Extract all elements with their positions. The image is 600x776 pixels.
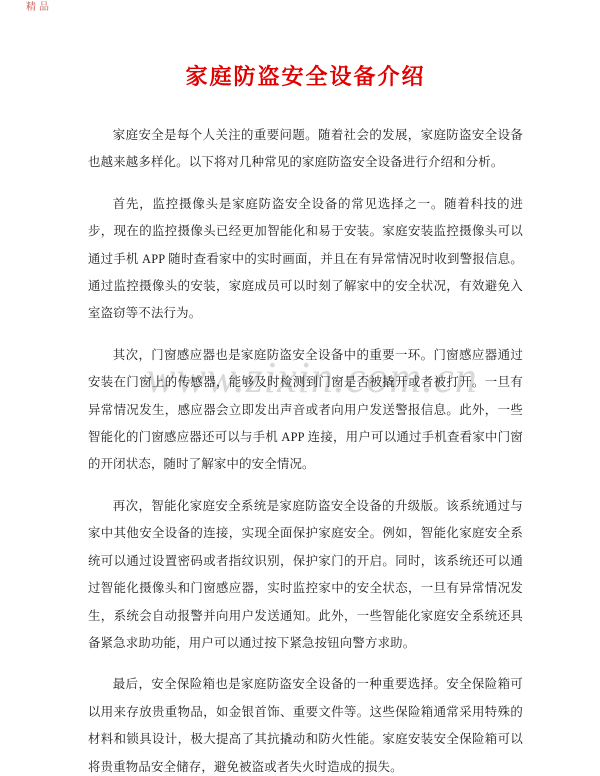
document-title: 家庭防盗安全设备介绍	[88, 60, 523, 93]
paragraph-intro: 家庭安全是每个人关注的重要问题。随着社会的发展，家庭防盗安全设备也越来越多样化。…	[88, 122, 523, 177]
paragraph-camera: 首先，监控摄像头是家庭防盗安全设备的常见选择之一。随着科技的进步，现在的监控摄像…	[88, 191, 523, 328]
document-page: 精品 www.zixin.com.cn 家庭防盗安全设备介绍 家庭安全是每个人关…	[0, 0, 600, 776]
document-body: 家庭防盗安全设备介绍 家庭安全是每个人关注的重要问题。随着社会的发展，家庭防盗安…	[0, 0, 600, 776]
paragraph-smart-home-system: 再次，智能化家庭安全系统是家庭防盗安全设备的升级版。该系统通过与家中其他安全设备…	[88, 493, 523, 657]
paragraph-safe-box: 最后，安全保险箱也是家庭防盗安全设备的一种重要选择。安全保险箱可以用来存放贵重物…	[88, 671, 523, 776]
corner-stamp: 精品	[26, 3, 52, 13]
paragraph-door-window-sensor: 其次，门窗感应器也是家庭防盗安全设备中的重要一环。门窗感应器通过安装在门窗上的传…	[88, 342, 523, 479]
